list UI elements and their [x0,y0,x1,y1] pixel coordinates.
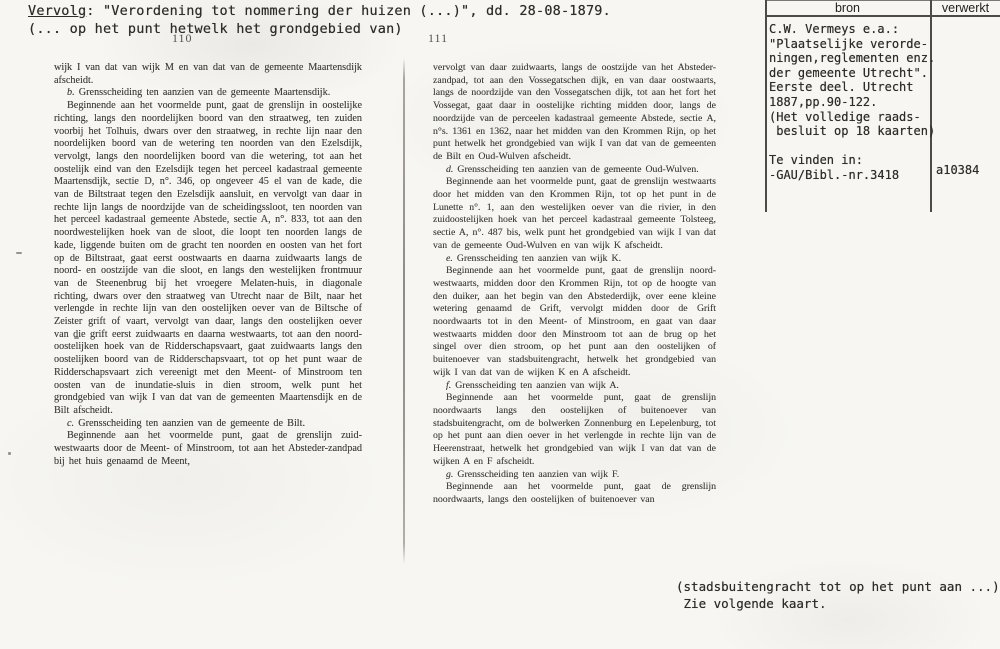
continuation-footer-note: (stadsbuitengracht tot op het punt aan .… [676,578,1000,612]
paragraph-boundary-wijk-a: Beginnende aan het voormelde punt, gaat … [433,392,716,468]
paragraph-boundary-wijk-f: Beginnende aan het voormelde punt, gaat … [433,481,716,506]
column-header-bron: bron [765,1,930,15]
paragraph-boundary-bilt: Beginnende aan het voormelde punt, gaat … [54,430,362,468]
column-header-verwerkt: verwerkt [931,1,1000,15]
section-heading-c: c. Grensscheiding ten aanzien van de gem… [54,418,362,431]
paragraph-boundary-maartensdijk: Beginnende aan het voormelde punt, gaat … [54,100,362,418]
paragraph-boundary-wijk-k: Beginnende aan het voormelde punt, gaat … [433,265,716,379]
section-heading-d: d. Grensscheiding ten aanzien van de gem… [433,164,716,177]
paragraph-boundary-oud-wulven: Beginnende aan het voormelde punt, gaat … [433,176,716,252]
vervolg-label: Vervolg [28,3,86,19]
header-title-text: : "Verordening tot nommering der huizen … [86,3,611,19]
page-number-right: 111 [428,31,448,46]
scan-speck [16,252,22,254]
table-left-border [765,0,767,212]
continuation-header-line2: (... op het punt hetwelk het grondgebied… [28,21,403,37]
verwerkt-code: a10384 [936,163,979,177]
paragraph-continuation: vervolgt van daar zuidwaarts, langs de o… [433,62,716,164]
scan-speck [8,452,11,455]
section-heading-f: f. Grensscheiding ten aanzien van wijk A… [433,380,716,393]
section-heading-e: e. Grensscheiding ten aanzien van wijk K… [433,253,716,266]
scanned-document-page: { "page_header": { "line1_prefix": "Verv… [0,0,1000,649]
source-reference-text: C.W. Vermeys e.a.: "Plaatselijke verorde… [769,22,935,183]
page-number-left: 110 [172,31,193,46]
scan-speck [74,337,79,339]
section-heading-g: g. Grensscheiding ten aanzien van wijk F… [433,469,716,482]
page-gutter-divider [403,58,405,564]
continuation-header-line1: Vervolg: "Verordening tot nommering der … [28,3,611,19]
paragraph-continuation: wijk I van dat van wijk M en van dat van… [54,62,362,87]
book-column-left: wijk I van dat van wijk M en van dat van… [54,62,362,469]
section-heading-b: b. Grensscheiding ten aanzien van de gem… [54,87,362,100]
table-header-rule [765,15,1000,17]
book-column-right: vervolgt van daar zuidwaarts, langs de o… [433,62,716,507]
